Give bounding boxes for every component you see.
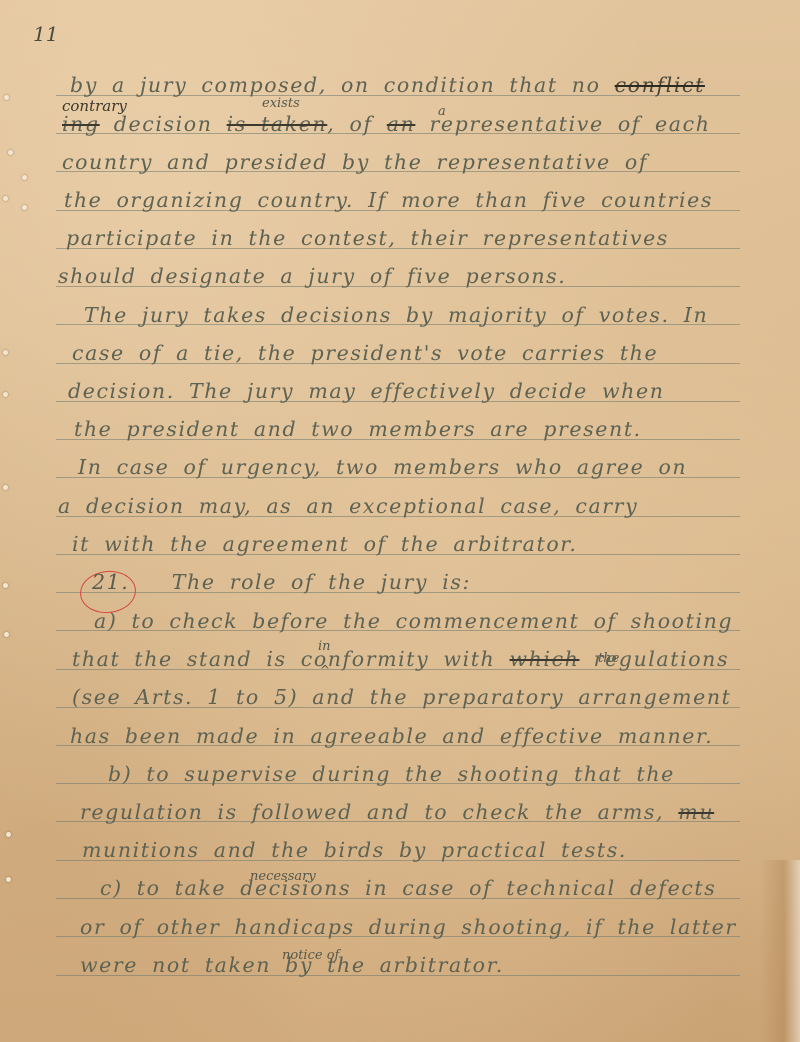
punch-hole bbox=[4, 632, 9, 637]
list-item-a: a) to check before the commencement of s… bbox=[94, 602, 794, 640]
punch-hole bbox=[3, 350, 8, 355]
text-line: or of other handicaps during shooting, i… bbox=[80, 908, 780, 946]
line-text: decision bbox=[100, 112, 227, 136]
struck-word: an bbox=[387, 112, 416, 136]
text-line: decision. The jury may effectively decid… bbox=[68, 372, 768, 410]
text-line: the president and two members are presen… bbox=[74, 410, 774, 448]
struck-word: ing bbox=[62, 112, 100, 136]
struck-word: conflict bbox=[615, 73, 705, 97]
text-line: has been made in agreeable and effective… bbox=[70, 717, 770, 755]
text-line: munitions and the birds by practical tes… bbox=[82, 831, 782, 869]
text-line: were not taken by the arbitrator. bbox=[80, 946, 780, 984]
list-item-b: b) to supervise during the shooting that… bbox=[108, 755, 800, 793]
punch-hole bbox=[4, 95, 9, 100]
text-line: (see Arts. 1 to 5) and the preparatory a… bbox=[72, 678, 772, 716]
text-line: the organizing country. If more than fiv… bbox=[64, 181, 764, 219]
punch-hole bbox=[22, 205, 27, 210]
punch-hole bbox=[3, 392, 8, 397]
text-line: a decision may, as an exceptional case, … bbox=[58, 487, 758, 525]
punch-hole bbox=[3, 583, 8, 588]
line-text: by a jury composed, on condition that no bbox=[70, 73, 615, 97]
line-text: , of bbox=[327, 112, 386, 136]
page-number: 11 bbox=[33, 22, 58, 46]
punch-hole bbox=[6, 877, 11, 882]
text-line: that the stand is conformity with which … bbox=[72, 640, 772, 678]
text-line: country and presided by the representati… bbox=[62, 143, 762, 181]
text-line: case of a tie, the president's vote carr… bbox=[72, 334, 772, 372]
text-line: regulation is followed and to check the … bbox=[80, 793, 780, 831]
struck-word: mu bbox=[678, 800, 714, 824]
text-line: by a jury composed, on condition that no… bbox=[70, 66, 770, 104]
line-text: by the arbitrator. bbox=[271, 953, 504, 977]
punch-hole bbox=[3, 485, 8, 490]
text-line: In case of urgency, two members who agre… bbox=[78, 448, 778, 486]
line-text: The role of the jury is: bbox=[172, 570, 471, 594]
text-line: The jury takes decisions by majority of … bbox=[84, 296, 784, 334]
struck-word: is taken bbox=[227, 112, 328, 136]
line-text: conformity with bbox=[301, 647, 510, 671]
line-text: were not taken bbox=[80, 953, 271, 977]
punch-hole bbox=[22, 175, 27, 180]
line-text: c) to take bbox=[100, 876, 226, 900]
line-text: regulation is followed and to check the … bbox=[80, 800, 678, 824]
line-text: representative of each bbox=[415, 112, 710, 136]
punch-hole bbox=[3, 196, 8, 201]
punch-hole bbox=[6, 832, 11, 837]
struck-word: which bbox=[509, 647, 579, 671]
line-text: decisions in case of technical defects bbox=[226, 876, 716, 900]
manuscript-page: 11 by a jury composed, on condition that… bbox=[0, 0, 800, 1042]
line-text: regulations bbox=[579, 647, 729, 671]
list-item-c: c) to take decisions in case of technica… bbox=[100, 869, 800, 907]
line-text: that the stand is bbox=[72, 647, 301, 671]
text-line: ing decision is taken, of an representat… bbox=[62, 105, 762, 143]
text-line: participate in the contest, their repres… bbox=[66, 219, 766, 257]
text-line: it with the agreement of the arbitrator. bbox=[72, 525, 772, 563]
text-line: should designate a jury of five persons. bbox=[58, 257, 758, 295]
article-heading: 21. The role of the jury is: bbox=[92, 563, 792, 601]
article-number: 21. bbox=[92, 570, 129, 594]
punch-hole bbox=[8, 150, 13, 155]
